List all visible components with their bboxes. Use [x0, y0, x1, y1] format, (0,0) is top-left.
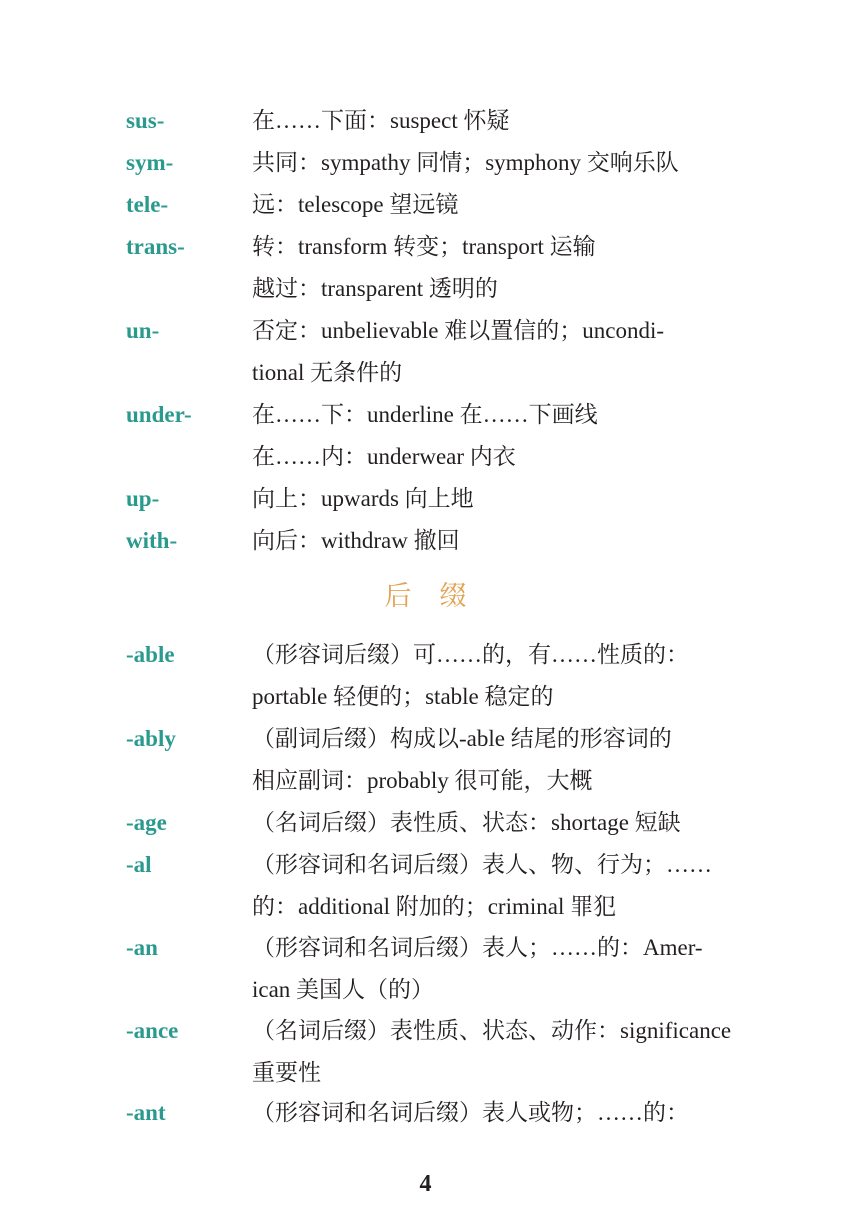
definition-line: （形容词和名词后缀）表人；……的：Amer-	[252, 927, 703, 969]
definition-line: 在……内：underwear 内衣	[252, 436, 516, 478]
definition-line: 否定：unbelievable 难以置信的；uncondi-	[252, 310, 664, 352]
definition-line: （形容词后缀）可……的，有……性质的：	[252, 634, 689, 676]
suffix-term: -al	[126, 844, 152, 886]
definition-line: 相应副词：probably 很可能，大概	[252, 760, 593, 802]
prefix-term: sym-	[126, 142, 173, 184]
dictionary-page: sus- 在……下面：suspect 怀疑 sym- 共同：sympathy 同…	[0, 0, 851, 1207]
definition-line: （形容词和名词后缀）表人或物；……的：	[252, 1092, 689, 1134]
definition-line: （名词后缀）表性质、状态：shortage 短缺	[252, 802, 681, 844]
prefix-term: sus-	[126, 100, 164, 142]
definition-line: 向上：upwards 向上地	[252, 478, 474, 520]
definition-line: 共同：sympathy 同情；symphony 交响乐队	[252, 142, 679, 184]
definition-line: tional 无条件的	[252, 352, 402, 394]
definition-line: 重要性	[252, 1052, 321, 1094]
definition-line: ican 美国人（的）	[252, 969, 434, 1011]
prefix-term: trans-	[126, 226, 185, 268]
definition-line: （名词后缀）表性质、状态、动作：significance	[252, 1010, 731, 1052]
definition-line: （形容词和名词后缀）表人、物、行为；……	[252, 844, 712, 886]
suffix-term: -ance	[126, 1010, 178, 1052]
definition-line: 在……下面：suspect 怀疑	[252, 100, 509, 142]
definition-line: 的：additional 附加的；criminal 罪犯	[252, 886, 616, 928]
prefix-term: tele-	[126, 184, 168, 226]
suffix-term: -an	[126, 927, 158, 969]
prefix-term: un-	[126, 310, 159, 352]
prefix-term: under-	[126, 394, 192, 436]
prefix-term: with-	[126, 520, 177, 562]
definition-line: 越过：transparent 透明的	[252, 268, 498, 310]
prefix-term: up-	[126, 478, 159, 520]
definition-line: 远：telescope 望远镜	[252, 184, 458, 226]
definition-line: portable 轻便的；stable 稳定的	[252, 676, 554, 718]
suffix-term: -ably	[126, 718, 176, 760]
definition-line: 在……下：underline 在……下画线	[252, 394, 598, 436]
definition-line: （副词后缀）构成以-able 结尾的形容词的	[252, 718, 672, 760]
definition-line: 向后：withdraw 撤回	[252, 520, 460, 562]
suffix-term: -ant	[126, 1092, 166, 1134]
suffix-term: -age	[126, 802, 167, 844]
suffix-term: -able	[126, 634, 175, 676]
section-title-suffixes: 后缀	[0, 575, 851, 619]
page-number: 4	[0, 1168, 851, 1200]
definition-line: 转：transform 转变；transport 运输	[252, 226, 596, 268]
